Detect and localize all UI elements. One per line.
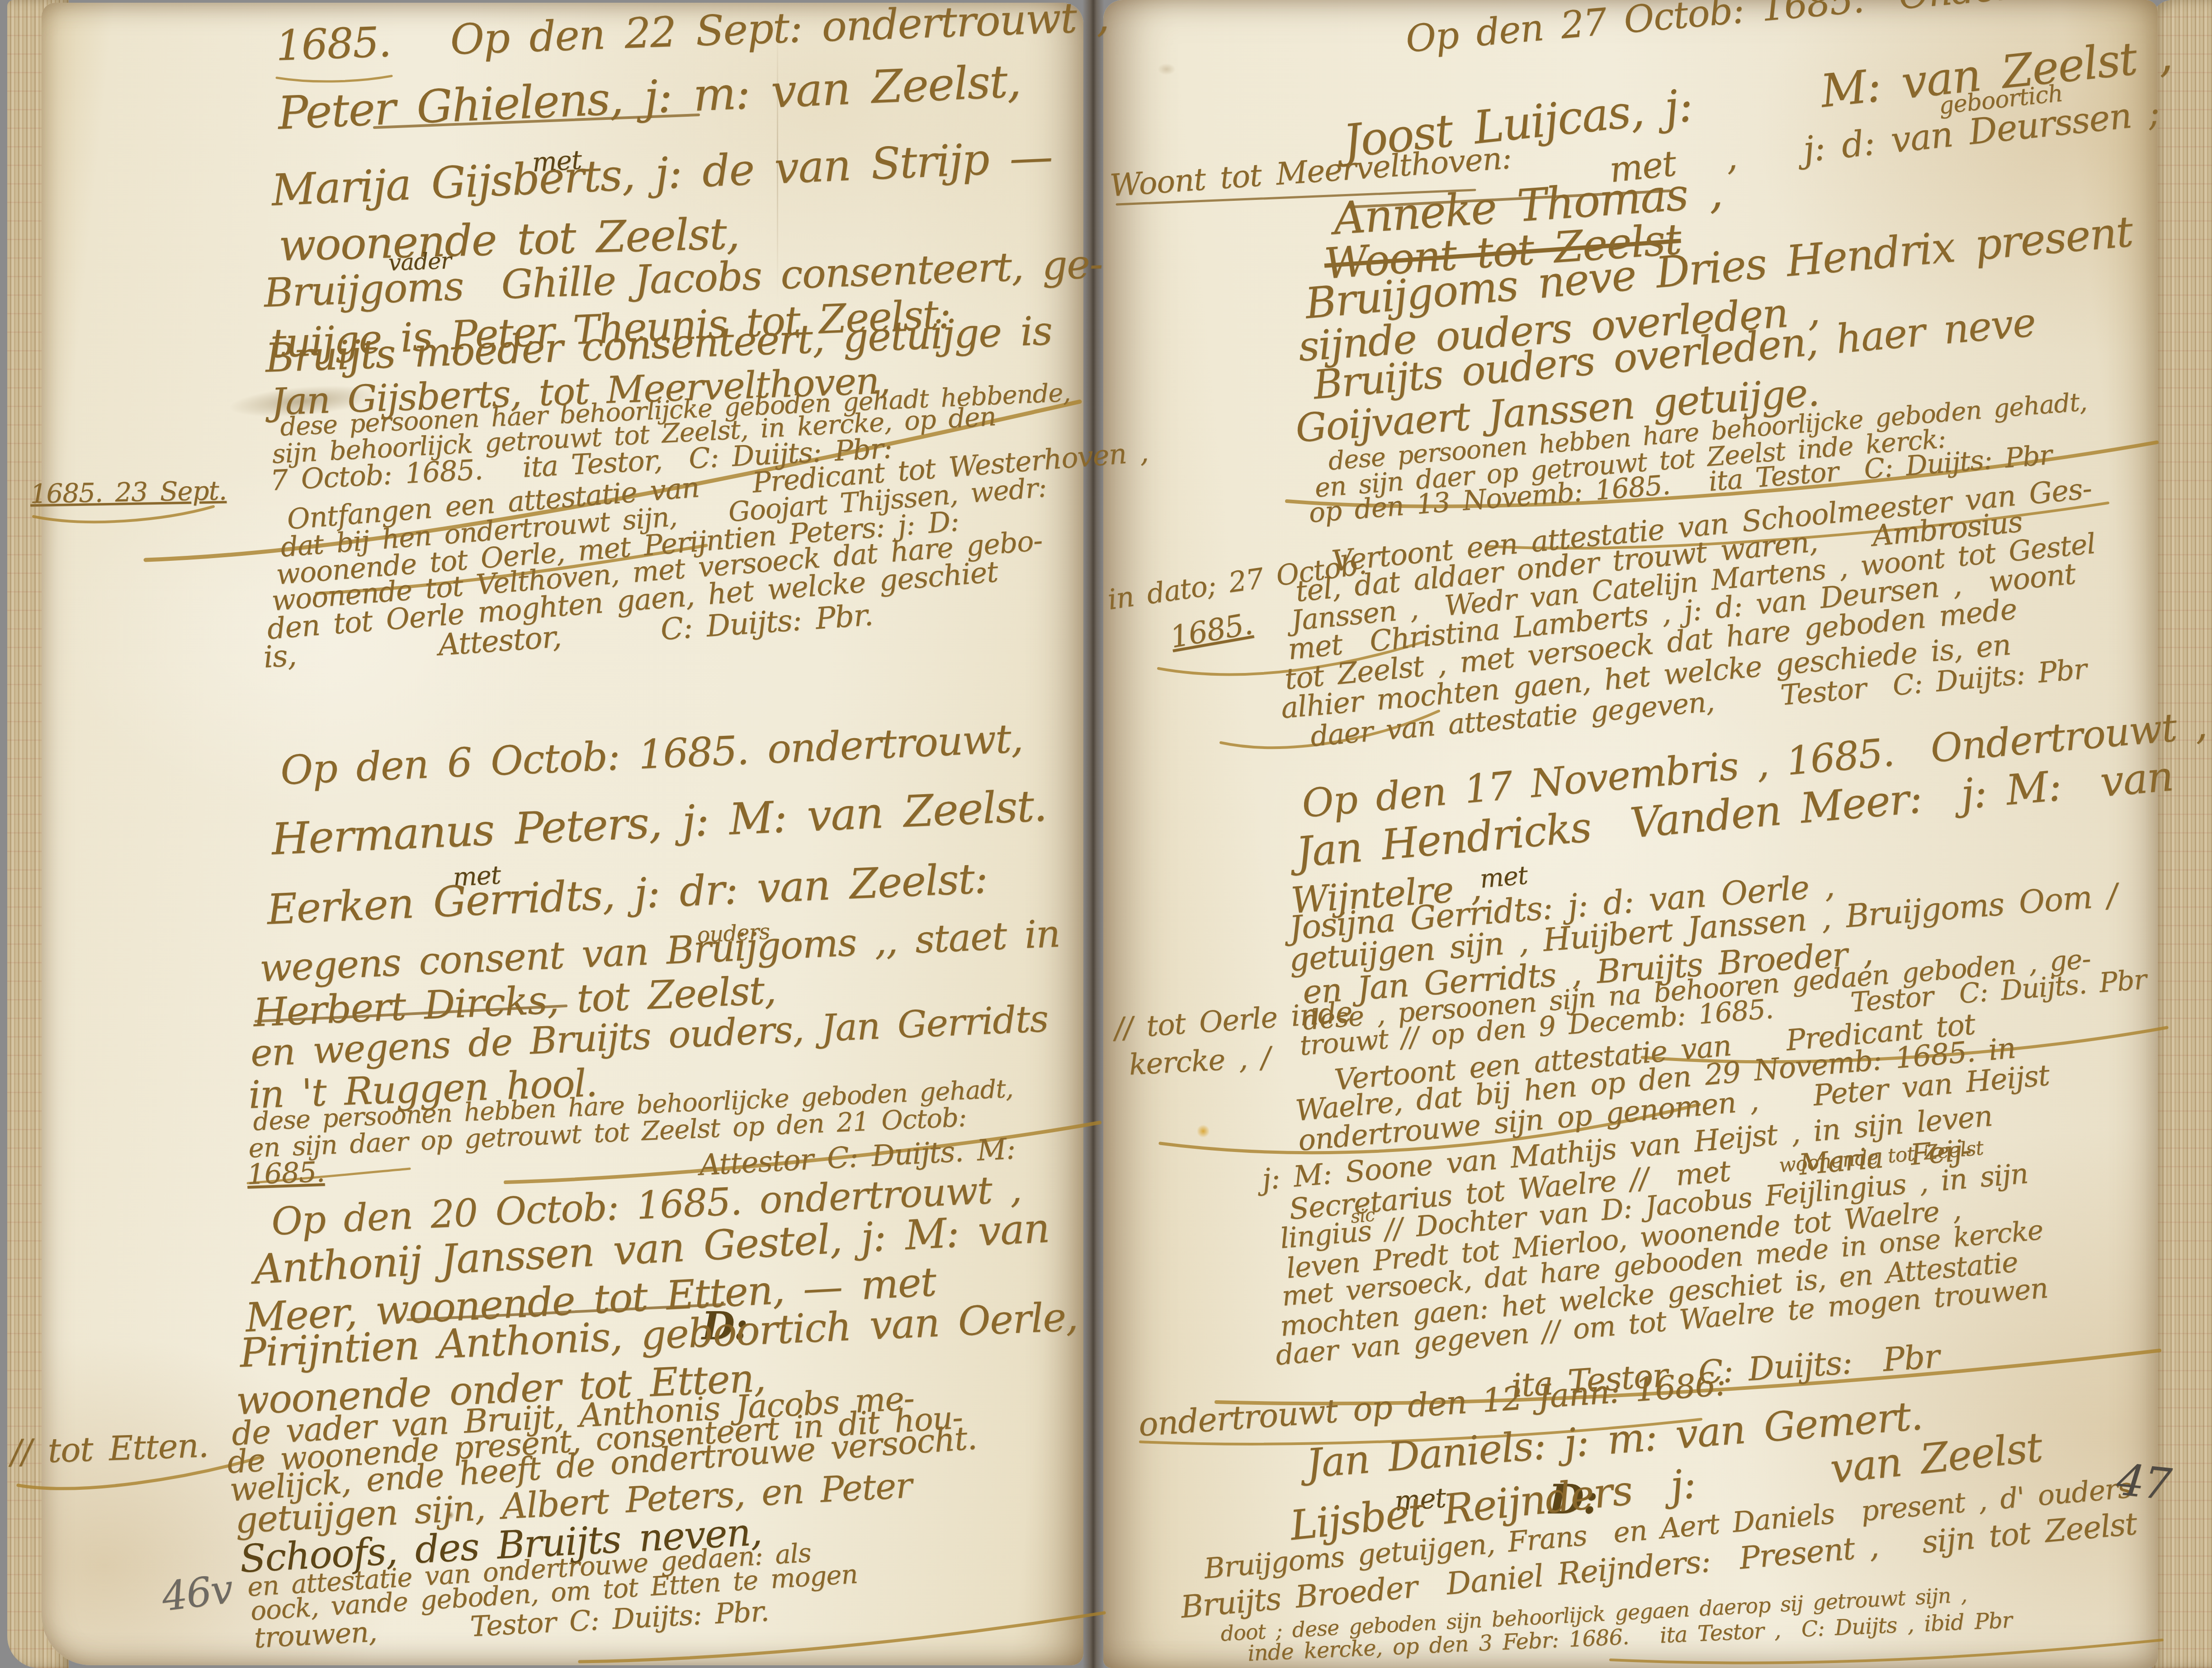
entry-1685-oct6-line: 1685. — [246, 1155, 325, 1191]
entry-1685-oct6-line: Hermanus Peters, j: M: van Zeelst. — [270, 780, 1047, 865]
book-spread: 1685. Op den 22 Sept: ondertrouwt ,Peter… — [0, 0, 2212, 1668]
folio-number-left-line: 46v — [159, 1565, 235, 1620]
entry-1685-sep22-line: Marija Gijsberts, j: de van Strijp — — [270, 131, 1053, 216]
margin-in-dato-line: 1685. — [1167, 606, 1255, 654]
folio-number-right-line: 47 — [2114, 1454, 2173, 1510]
entry-1685-sep22-line: Peter Ghielens, j: m: van Zeelst, — [277, 54, 1021, 140]
entry-1685-oct6-line: Op den 6 Octob: 1685. ondertrouwt, — [279, 715, 1023, 794]
entry-1685-nov17-line: met — [1479, 861, 1529, 894]
manuscript-text-layer: 1685. Op den 22 Sept: ondertrouwt ,Peter… — [0, 0, 2212, 1668]
margin-tot-oerle-line: kercke , / — [1128, 1041, 1271, 1082]
margin-date-23-sept-line: 1685. 23 Sept. — [30, 475, 227, 509]
margin-tot-etten-line: // tot Etten. — [10, 1426, 209, 1472]
